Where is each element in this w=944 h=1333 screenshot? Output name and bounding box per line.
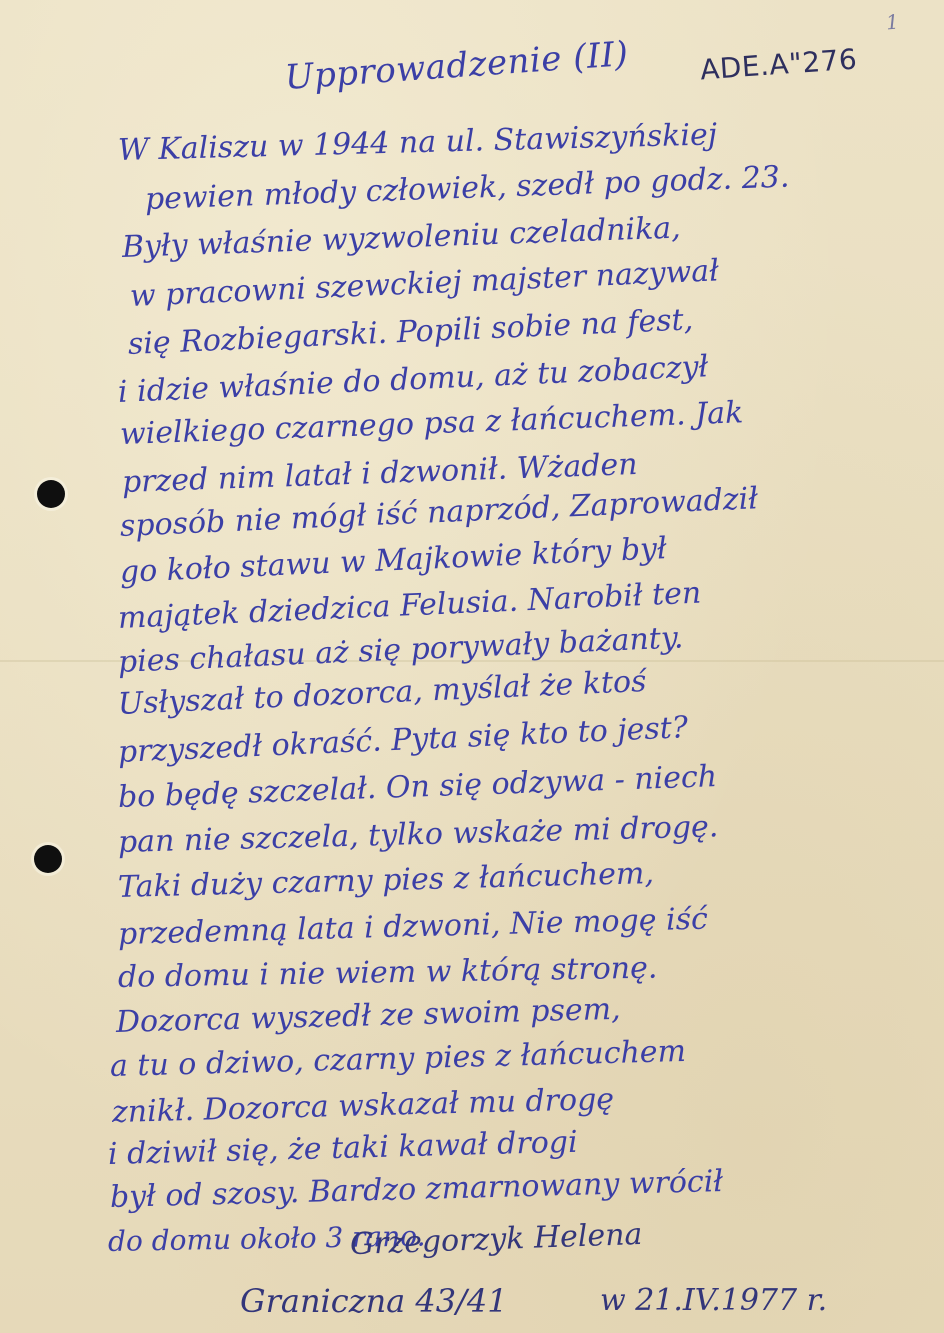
body-line: w pracowni szewckiej majster nazywał: [129, 256, 719, 312]
body-line: i dziwił się, że taki kawał drogi: [108, 1128, 578, 1170]
archive-reference: ADE.A"276: [699, 43, 858, 87]
body-line: pan nie szczela, tylko wskaże mi drogę.: [118, 812, 719, 858]
body-line: do domu i nie wiem w którą stronę.: [118, 954, 658, 993]
body-line: znikł. Dozorca wskazał mu drogę: [112, 1085, 615, 1128]
body-line: był od szosy. Bardzo zmarnowany wrócił: [110, 1167, 724, 1213]
punch-hole-bottom: [34, 845, 62, 873]
body-line: Taki duży czarny pies z łańcuchem,: [118, 859, 655, 903]
body-line: wielkiego czarnego psa z łańcuchem. Jak: [119, 398, 743, 450]
body-line: przyszedł okraść. Pyta się kto to jest?: [117, 713, 688, 768]
body-line: W Kaliszu w 1944 na ul. Stawiszyńskiej: [118, 120, 718, 166]
document-title: Upprowadzenie (II): [284, 34, 630, 98]
document-date: w 21.IV.1977 r.: [600, 1283, 827, 1318]
body-line: pewien młody człowiek, szedł po godz. 23…: [144, 163, 789, 215]
body-line: się Rozbiegarski. Popili sobie na fest,: [127, 305, 693, 360]
author-address: Graniczna 43/41: [240, 1282, 508, 1320]
body-line: przedemną lata i dzwoni, Nie mogę iść: [118, 905, 709, 950]
body-line: Były właśnie wyzwoleniu czeladnika,: [121, 214, 681, 263]
body-line: a tu o dziwo, czarny pies z łańcuchem: [110, 1037, 687, 1082]
page-number-mark: 1: [885, 9, 900, 34]
archive-page: 1 Upprowadzenie (II) ADE.A"276 W Kaliszu…: [0, 0, 944, 1333]
body-line: bo będę szczelał. On się odzywa - niech: [117, 762, 717, 813]
punch-hole-top: [37, 480, 65, 508]
body-line: Dozorca wyszedł ze swoim psem,: [116, 995, 621, 1038]
